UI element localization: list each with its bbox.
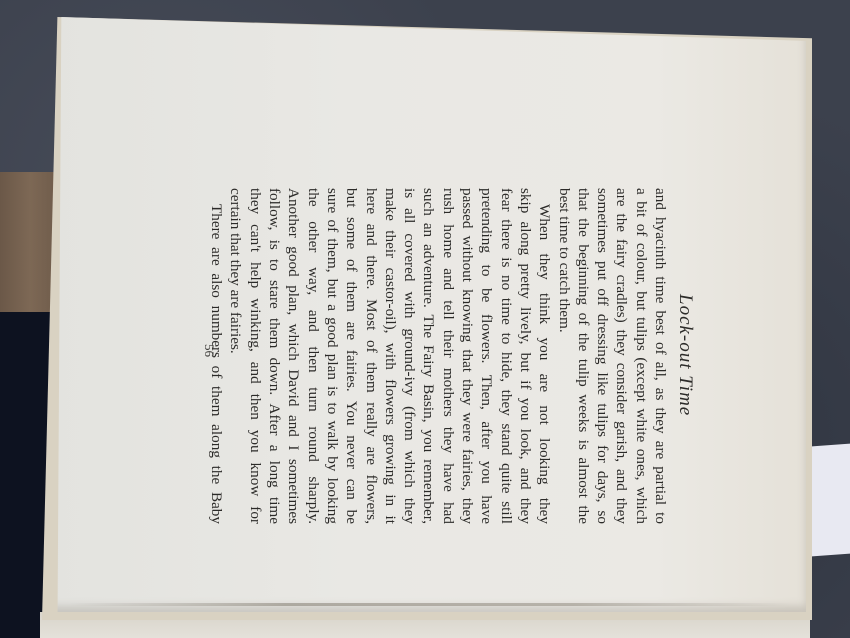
text-line: best time to catch them. bbox=[554, 188, 573, 524]
page-gutter-crease bbox=[70, 603, 790, 606]
page-text-block: Lock-out Time and hyacinth time best of … bbox=[232, 186, 702, 526]
text-line: pretending to be flowers. Then, after yo… bbox=[477, 188, 496, 524]
text-line: such an adventure. The Fairy Basin, you … bbox=[419, 188, 438, 524]
page-number: 56 bbox=[201, 344, 217, 357]
text-line: a bit of colour, but tulips (except whit… bbox=[631, 188, 650, 524]
body-text: and hyacinth time best of all, as they a… bbox=[207, 188, 670, 524]
chapter-heading: Lock-out Time bbox=[674, 294, 696, 416]
text-line: certain that they are fairies. bbox=[226, 188, 245, 524]
text-line: When they think you are not looking they bbox=[535, 188, 554, 524]
text-line: make their castor-oil), with flowers gro… bbox=[381, 188, 400, 524]
text-line: they can't help winking, and then you kn… bbox=[245, 188, 264, 524]
white-paper-sheet bbox=[812, 444, 850, 557]
text-line: here and there. Most of them really are … bbox=[361, 188, 380, 524]
text-line: the other way, and then turn round sharp… bbox=[303, 188, 322, 524]
text-line: sometimes put off dressing like tulips f… bbox=[593, 188, 612, 524]
text-line: sure of them, but a good plan is to walk… bbox=[323, 188, 342, 524]
text-line: and hyacinth time best of all, as they a… bbox=[651, 188, 670, 524]
text-line: rush home and tell their mothers they ha… bbox=[438, 188, 457, 524]
text-line: passed without knowing that they were fa… bbox=[458, 188, 477, 524]
text-line: follow, is to stare them down. After a l… bbox=[265, 188, 284, 524]
text-line: are the fairy cradles) they consider gar… bbox=[612, 188, 631, 524]
text-line: is all covered with ground-ivy (from whi… bbox=[400, 188, 419, 524]
text-line: skip along pretty lively, but if you loo… bbox=[516, 188, 535, 524]
text-line: but some of them are fairies. You never … bbox=[342, 188, 361, 524]
text-line: fear there is no time to hide, they stan… bbox=[496, 188, 515, 524]
text-line: that the beginning of the tulip weeks is… bbox=[574, 188, 593, 524]
text-line: Another good plan, which David and I som… bbox=[284, 188, 303, 524]
